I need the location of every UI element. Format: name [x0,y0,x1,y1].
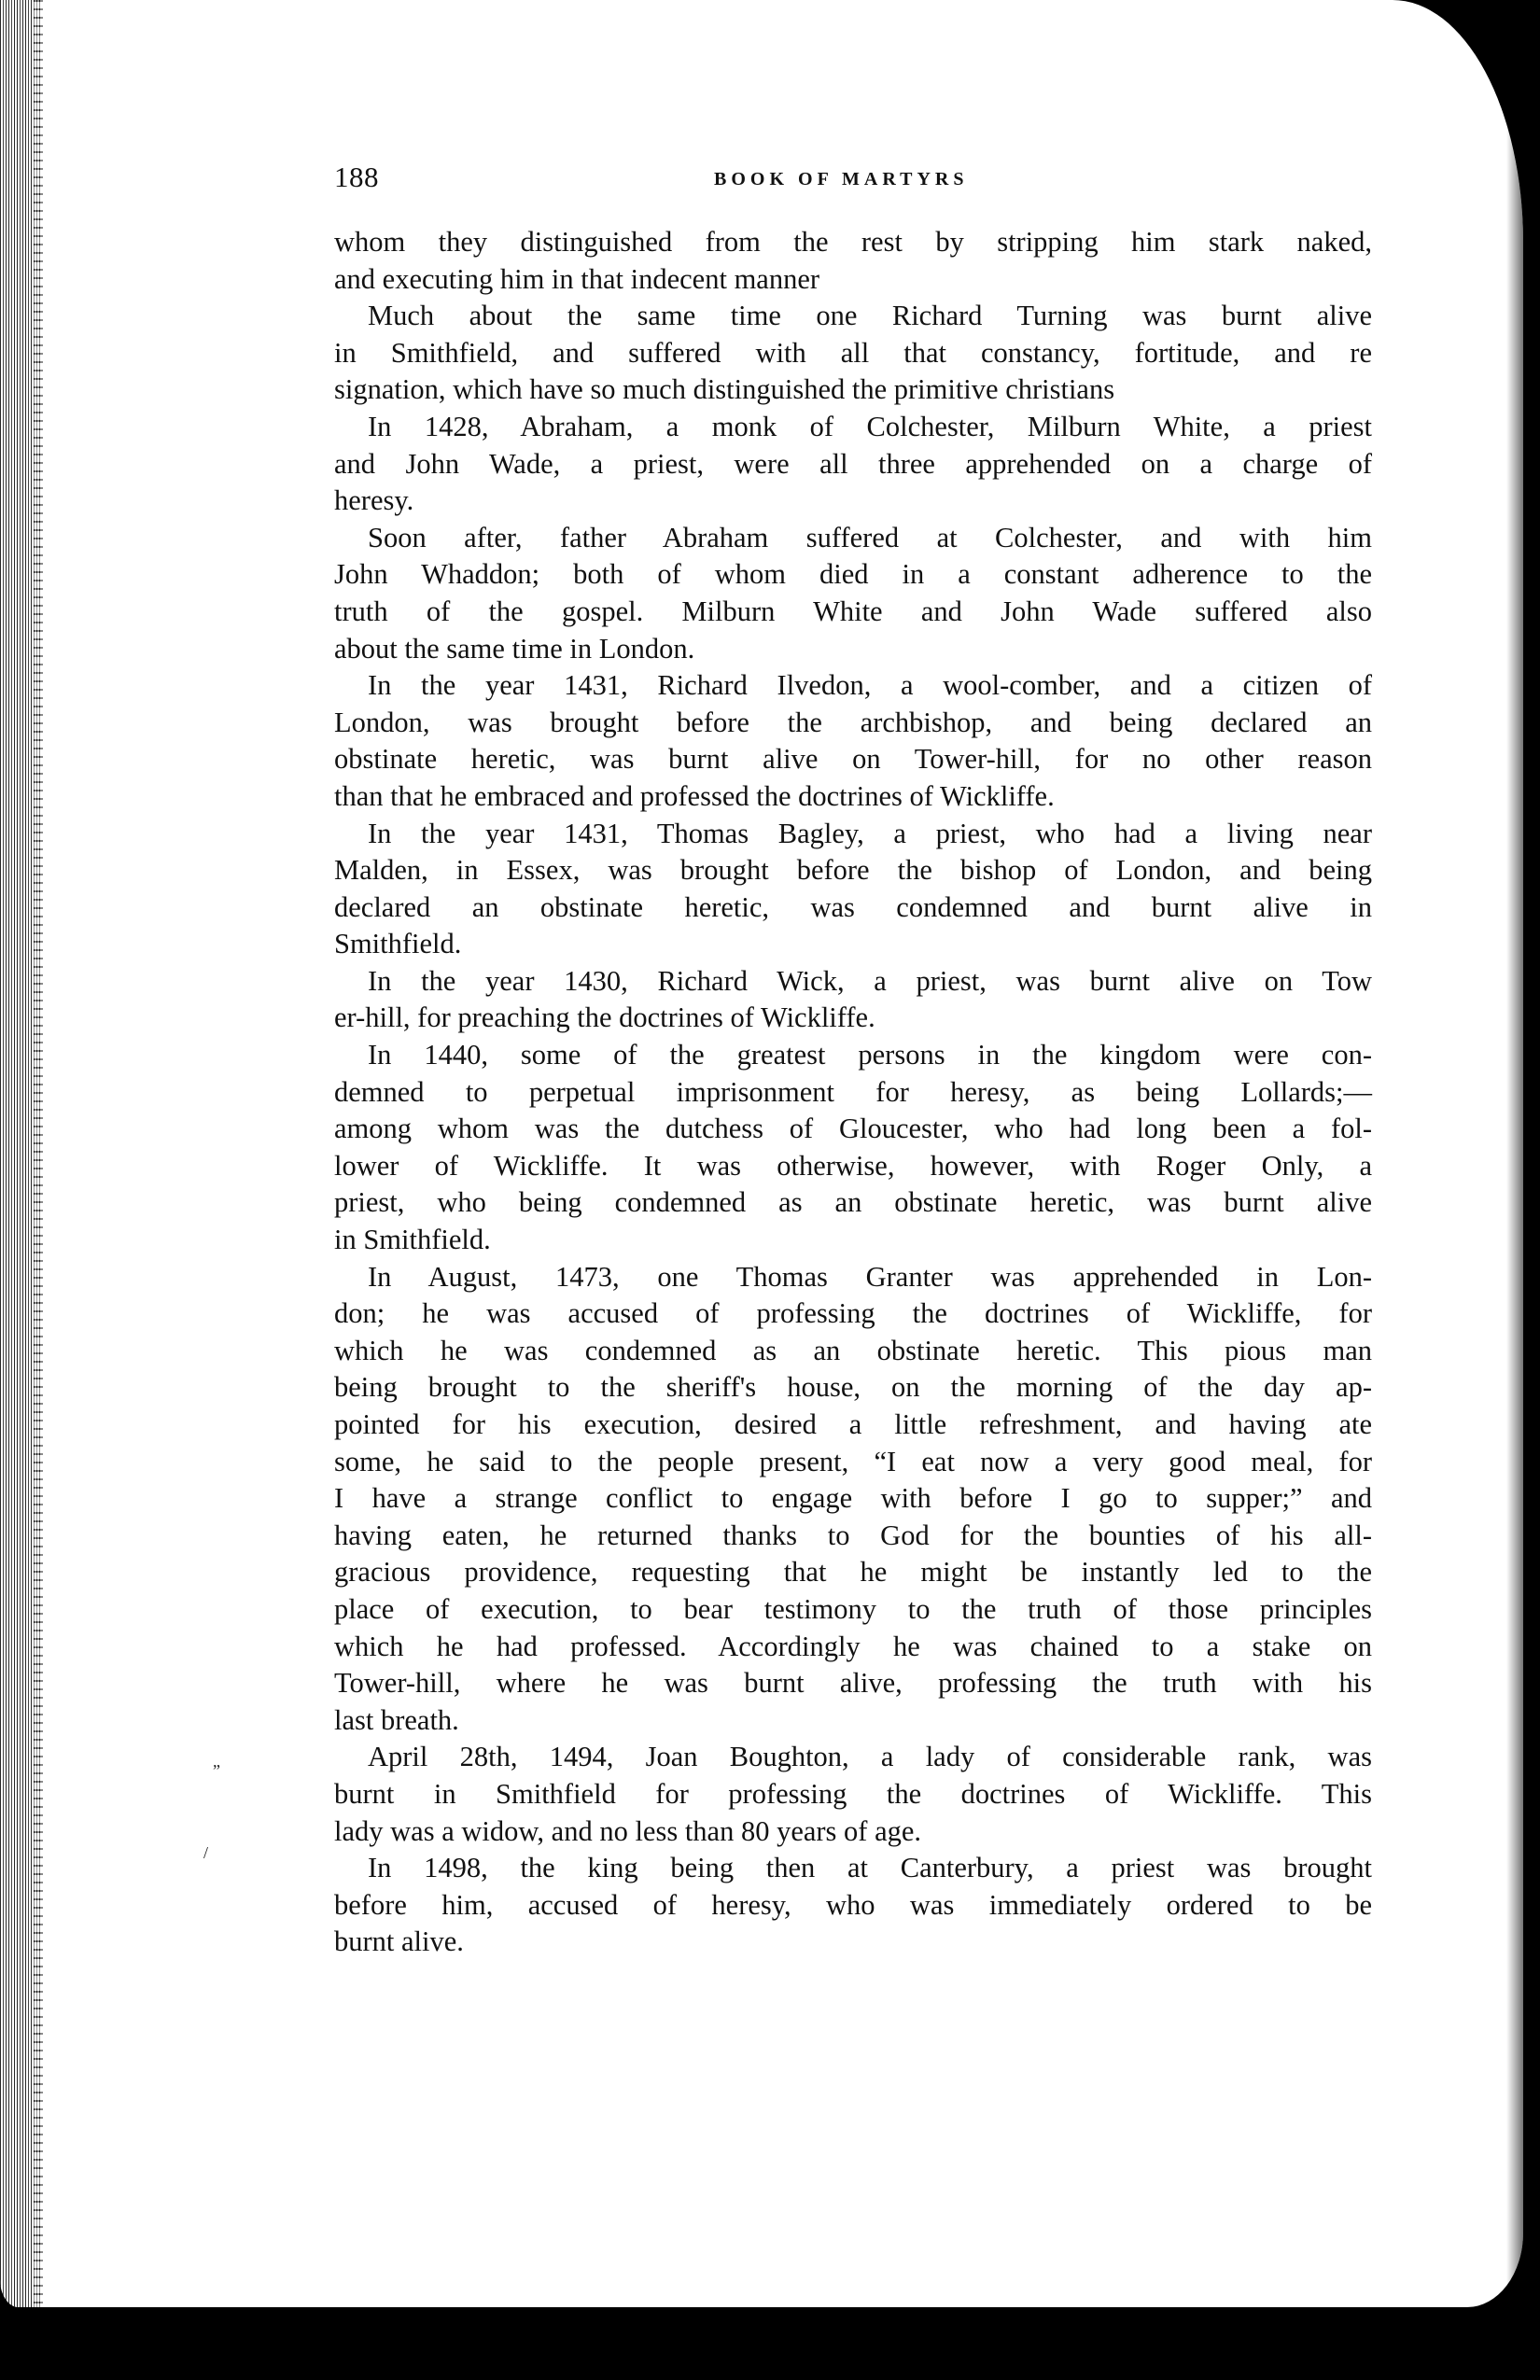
paragraph: In 1440, some of the greatest persons in… [334,1037,1372,1259]
paragraph: April 28th, 1494, Joan Boughton, a lady … [334,1739,1372,1850]
text-line: In the year 1430, Richard Wick, a priest… [334,963,1372,1001]
text-line: about the same time in London. [334,631,1372,668]
text-line: heresy. [334,483,1372,520]
page-right-edge-shadow [1506,0,1523,2307]
text-line: having eaten, he returned thanks to God … [334,1518,1372,1555]
text-line: whom they distinguished from the rest by… [334,224,1372,261]
text-line: lady was a widow, and no less than 80 ye… [334,1813,1372,1851]
book-page: 188 Book of Martyrs whom they distinguis… [0,0,1523,2307]
paragraph: In August, 1473, one Thomas Granter was … [334,1259,1372,1740]
text-line: demned to perpetual imprisonment for her… [334,1074,1372,1112]
text-line: being brought to the sheriff's house, on… [334,1369,1372,1407]
text-line: In 1498, the king being then at Canterbu… [334,1850,1372,1887]
text-line: some, he said to the people present, “I … [334,1444,1372,1481]
text-line: than that he embraced and professed the … [334,778,1372,816]
text-line: April 28th, 1494, Joan Boughton, a lady … [334,1739,1372,1776]
text-line: burnt in Smithfield for professing the d… [334,1776,1372,1813]
text-line: I have a strange conflict to engage with… [334,1480,1372,1518]
text-line: burnt alive. [334,1924,1372,1961]
text-line: pointed for his execution, desired a lit… [334,1407,1372,1444]
text-line: which he was condemned as an obstinate h… [334,1333,1372,1370]
text-line: Tower-hill, where he was burnt alive, pr… [334,1665,1372,1702]
text-line: place of execution, to bear testimony to… [334,1591,1372,1629]
text-line: in Smithfield, and suffered with all tha… [334,335,1372,372]
text-line: In August, 1473, one Thomas Granter was … [334,1259,1372,1296]
text-line: er-hill, for preaching the doctrines of … [334,1000,1372,1037]
paragraph: whom they distinguished from the rest by… [334,224,1372,298]
text-line: Much about the same time one Richard Tur… [334,298,1372,335]
text-line: lower of Wickliffe. It was otherwise, ho… [334,1148,1372,1185]
text-line: before him, accused of heresy, who was i… [334,1887,1372,1925]
text-line: Soon after, father Abraham suffered at C… [334,520,1372,557]
paragraph: In 1428, Abraham, a monk of Colchester, … [334,409,1372,520]
text-line: and executing him in that indecent manne… [334,261,1372,299]
text-line: in Smithfield. [334,1222,1372,1259]
text-line: London, was brought before the archbisho… [334,705,1372,742]
text-line: which he had professed. Accordingly he w… [334,1629,1372,1666]
text-line: Malden, in Essex, was brought before the… [334,852,1372,889]
text-line: signation, which have so much distinguis… [334,371,1372,409]
page-number: 188 [334,162,379,192]
text-line: priest, who being condemned as an obstin… [334,1184,1372,1222]
paragraph: Soon after, father Abraham suffered at C… [334,520,1372,667]
body-text: whom they distinguished from the rest by… [334,224,1372,1961]
paragraph: In the year 1431, Thomas Bagley, a pries… [334,816,1372,963]
text-line: In the year 1431, Thomas Bagley, a pries… [334,816,1372,853]
text-line: In the year 1431, Richard Ilvedon, a woo… [334,667,1372,705]
running-head-title: Book of Martyrs [714,168,968,190]
text-line: among whom was the dutchess of Glouceste… [334,1111,1372,1148]
text-line: Smithfield. [334,926,1372,963]
text-line: In 1440, some of the greatest persons in… [334,1037,1372,1074]
margin-mark: ” [213,1762,220,1779]
text-line: don; he was accused of professing the do… [334,1295,1372,1333]
text-line: and John Wade, a priest, were all three … [334,446,1372,483]
text-line: obstinate heretic, was burnt alive on To… [334,741,1372,778]
margin-mark: / [203,1844,208,1861]
text-line: truth of the gospel. Milburn White and J… [334,594,1372,631]
text-line: gracious providence, requesting that he … [334,1554,1372,1591]
running-head: 188 Book of Martyrs [334,162,1372,192]
paragraph: In the year 1430, Richard Wick, a priest… [334,963,1372,1037]
text-line: last breath. [334,1702,1372,1740]
paragraph: In the year 1431, Richard Ilvedon, a woo… [334,667,1372,815]
paragraph: In 1498, the king being then at Canterbu… [334,1850,1372,1961]
text-line: declared an obstinate heretic, was conde… [334,889,1372,927]
text-line: John Whaddon; both of whom died in a con… [334,556,1372,594]
paragraph: Much about the same time one Richard Tur… [334,298,1372,409]
book-binding-shadow [34,0,43,2307]
text-line: In 1428, Abraham, a monk of Colchester, … [334,409,1372,446]
